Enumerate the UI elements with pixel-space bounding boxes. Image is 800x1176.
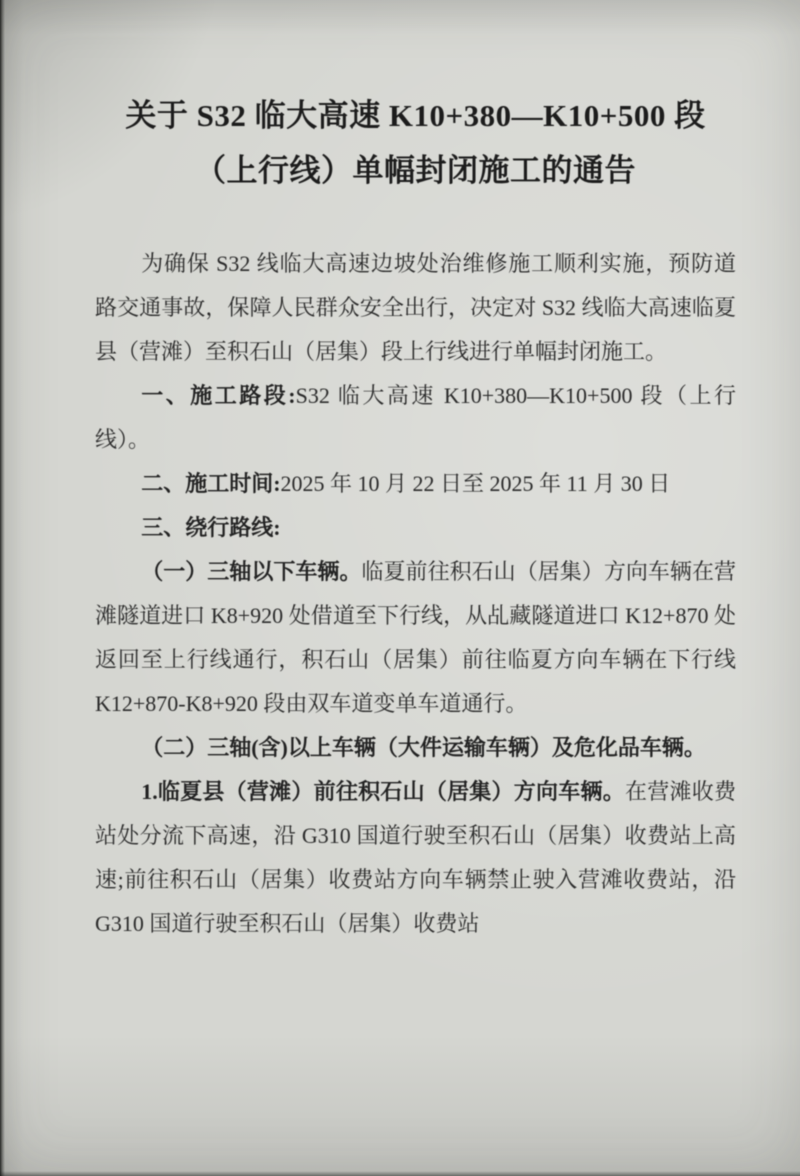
section-construction-time: 二、施工时间:2025 年 10 月 22 日至 2025 年 11 月 30 … (95, 462, 736, 506)
intro-paragraph: 为确保 S32 线临大高速边坡处治维修施工顺利实施，预防道路交通事故，保障人民群… (95, 242, 736, 374)
title-line-2: （上行线）单幅封闭施工的通告 (95, 143, 736, 198)
section-3-heading: 三、绕行路线: (141, 515, 280, 540)
intro-text: 为确保 S32 线临大高速边坡处治维修施工顺利实施，预防道路交通事故，保障人民群… (95, 251, 736, 364)
detour-2-heading: （二）三轴(含)以上车辆（大件运输车辆）及危化品车辆。 (141, 735, 706, 760)
notice-title: 关于 S32 临大高速 K10+380—K10+500 段 （上行线）单幅封闭施… (95, 88, 736, 198)
detour-2-item-1-heading: 1.临夏县（营滩）前往积石山（居集）方向车辆。 (141, 779, 625, 804)
detour-rule-three-axle-and-above: （二）三轴(含)以上车辆（大件运输车辆）及危化品车辆。 (95, 726, 736, 770)
photo-bottom-edge (0, 1171, 800, 1176)
notice-body: 为确保 S32 线临大高速边坡处治维修施工顺利实施，预防道路交通事故，保障人民群… (95, 242, 736, 946)
section-construction-segment: 一、施工路段:S32 临大高速 K10+380—K10+500 段（上行线）。 (95, 374, 736, 462)
document-photo: 关于 S32 临大高速 K10+380—K10+500 段 （上行线）单幅封闭施… (0, 0, 800, 1176)
detour-1-heading: （一）三轴以下车辆。 (141, 559, 361, 584)
section-2-text: 2025 年 10 月 22 日至 2025 年 11 月 30 日 (281, 471, 671, 496)
detour-rule-under-three-axle: （一）三轴以下车辆。临夏前往积石山（居集）方向车辆在营滩隧道进口 K8+920 … (95, 550, 736, 726)
section-1-heading: 一、施工路段: (141, 383, 295, 408)
notice-page: 关于 S32 临大高速 K10+380—K10+500 段 （上行线）单幅封闭施… (0, 0, 800, 1176)
photo-left-edge (0, 0, 5, 1176)
section-detour-routes: 三、绕行路线: (95, 506, 736, 550)
title-line-1: 关于 S32 临大高速 K10+380—K10+500 段 (95, 88, 736, 143)
detour-rule-item-1: 1.临夏县（营滩）前往积石山（居集）方向车辆。在营滩收费站处分流下高速，沿 G3… (95, 770, 736, 946)
section-2-heading: 二、施工时间: (141, 471, 280, 496)
